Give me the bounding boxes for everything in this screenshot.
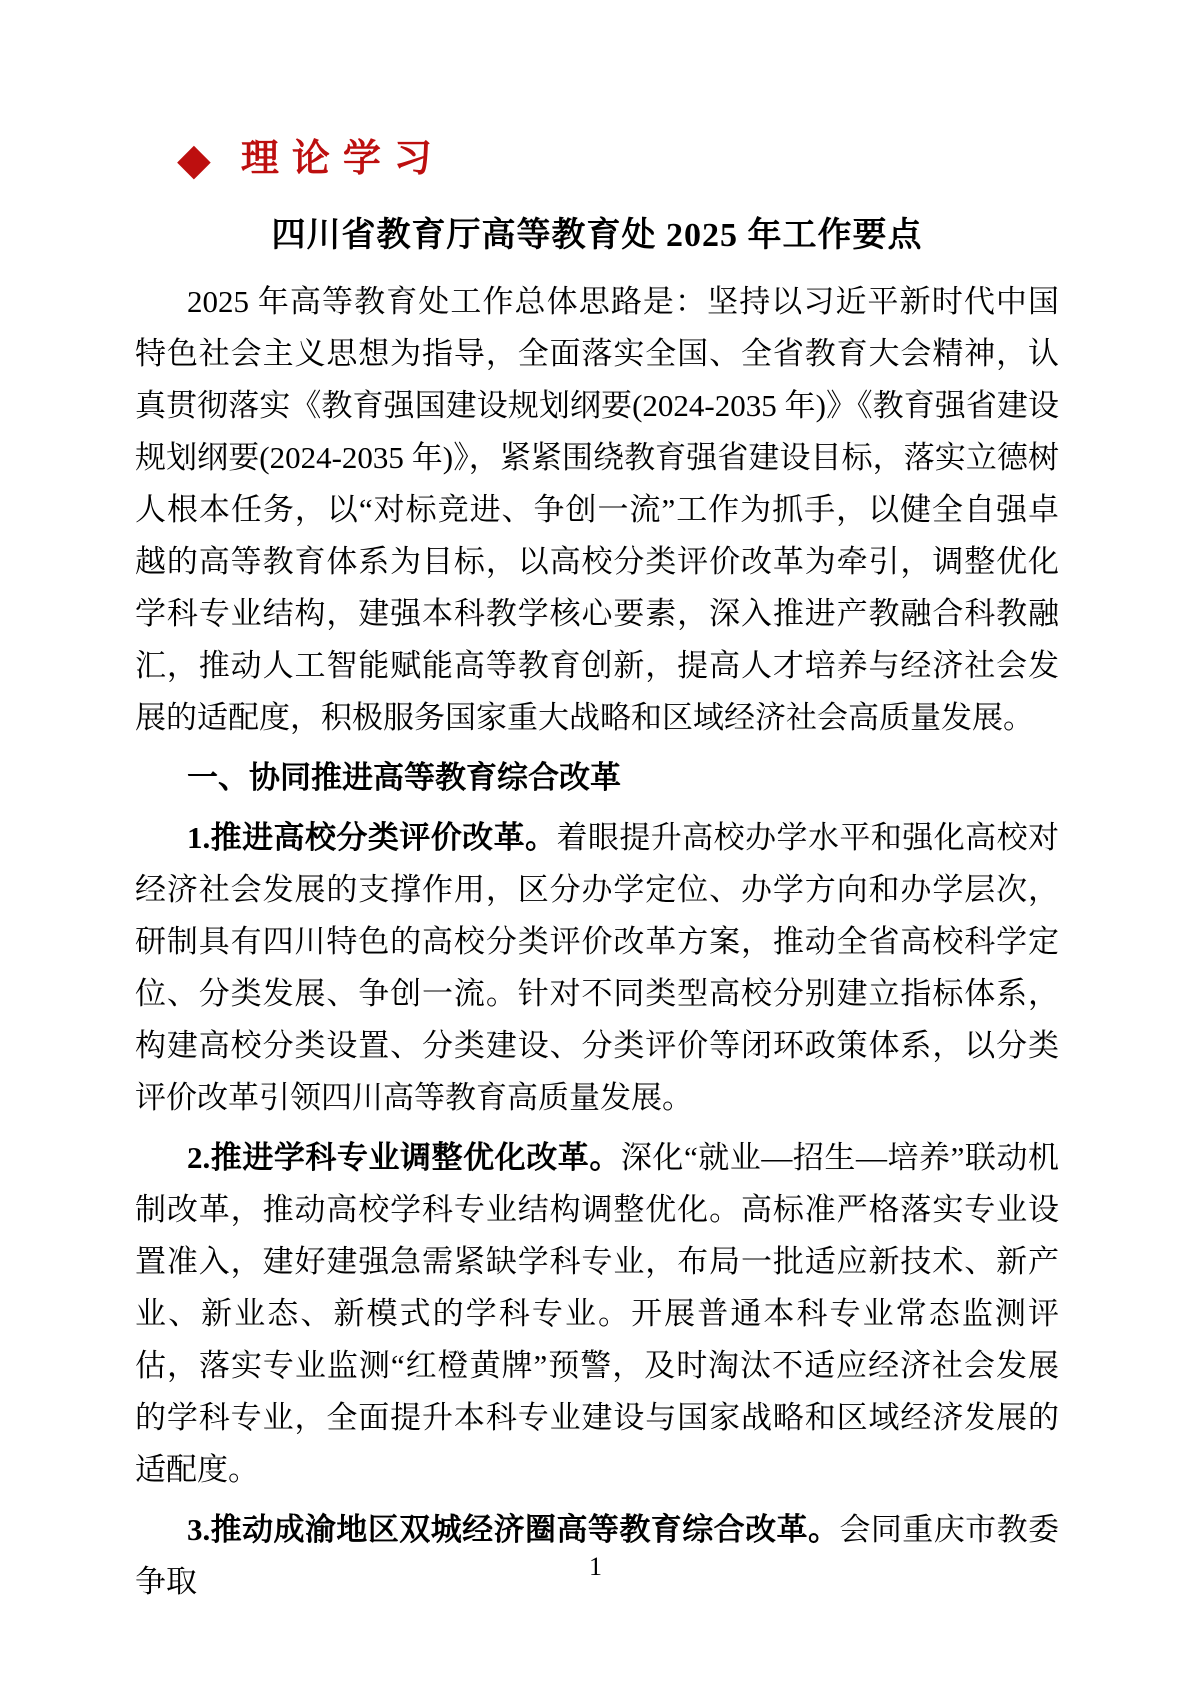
- text-run: 深化“就业—招生—培养”联动机制改革，推动高校学科专业结构调整优化。高标准严格落…: [135, 1140, 1059, 1487]
- text-run: 着眼提升高校办学水平和强化高校对经济社会发展的支撑作用，区分办学定位、办学方向和…: [135, 820, 1059, 1115]
- document-title: 四川省教育厅高等教育处 2025 年工作要点: [135, 214, 1059, 258]
- bold-text-run: 3.推动成渝地区双城经济圈高等教育综合改革。: [187, 1512, 839, 1547]
- page-number: 1: [0, 1552, 1191, 1582]
- section-heading: 一、协同推进高等教育综合改革: [135, 752, 1059, 804]
- section-header-label: 理论学习: [241, 139, 445, 181]
- bold-text-run: 2.推进学科专业调整优化改革。: [187, 1140, 621, 1175]
- paragraph: 1.推进高校分类评价改革。着眼提升高校办学水平和强化高校对经济社会发展的支撑作用…: [135, 812, 1059, 1124]
- paragraph: 2.推进学科专业调整优化改革。深化“就业—招生—培养”联动机制改革，推动高校学科…: [135, 1132, 1059, 1496]
- section-header: ◆ 理论学习: [177, 138, 1059, 182]
- diamond-bullet-icon: ◆: [177, 138, 211, 182]
- document-page: ◆ 理论学习 四川省教育厅高等教育处 2025 年工作要点 2025 年高等教育…: [0, 0, 1191, 1684]
- document-content: ◆ 理论学习 四川省教育厅高等教育处 2025 年工作要点 2025 年高等教育…: [135, 0, 1059, 1608]
- document-body: 2025 年高等教育处工作总体思路是：坚持以习近平新时代中国特色社会主义思想为指…: [135, 276, 1059, 1608]
- paragraph: 2025 年高等教育处工作总体思路是：坚持以习近平新时代中国特色社会主义思想为指…: [135, 276, 1059, 744]
- text-run: 2025 年高等教育处工作总体思路是：坚持以习近平新时代中国特色社会主义思想为指…: [135, 284, 1059, 735]
- bold-text-run: 一、协同推进高等教育综合改革: [187, 760, 621, 795]
- bold-text-run: 1.推进高校分类评价改革。: [187, 820, 556, 855]
